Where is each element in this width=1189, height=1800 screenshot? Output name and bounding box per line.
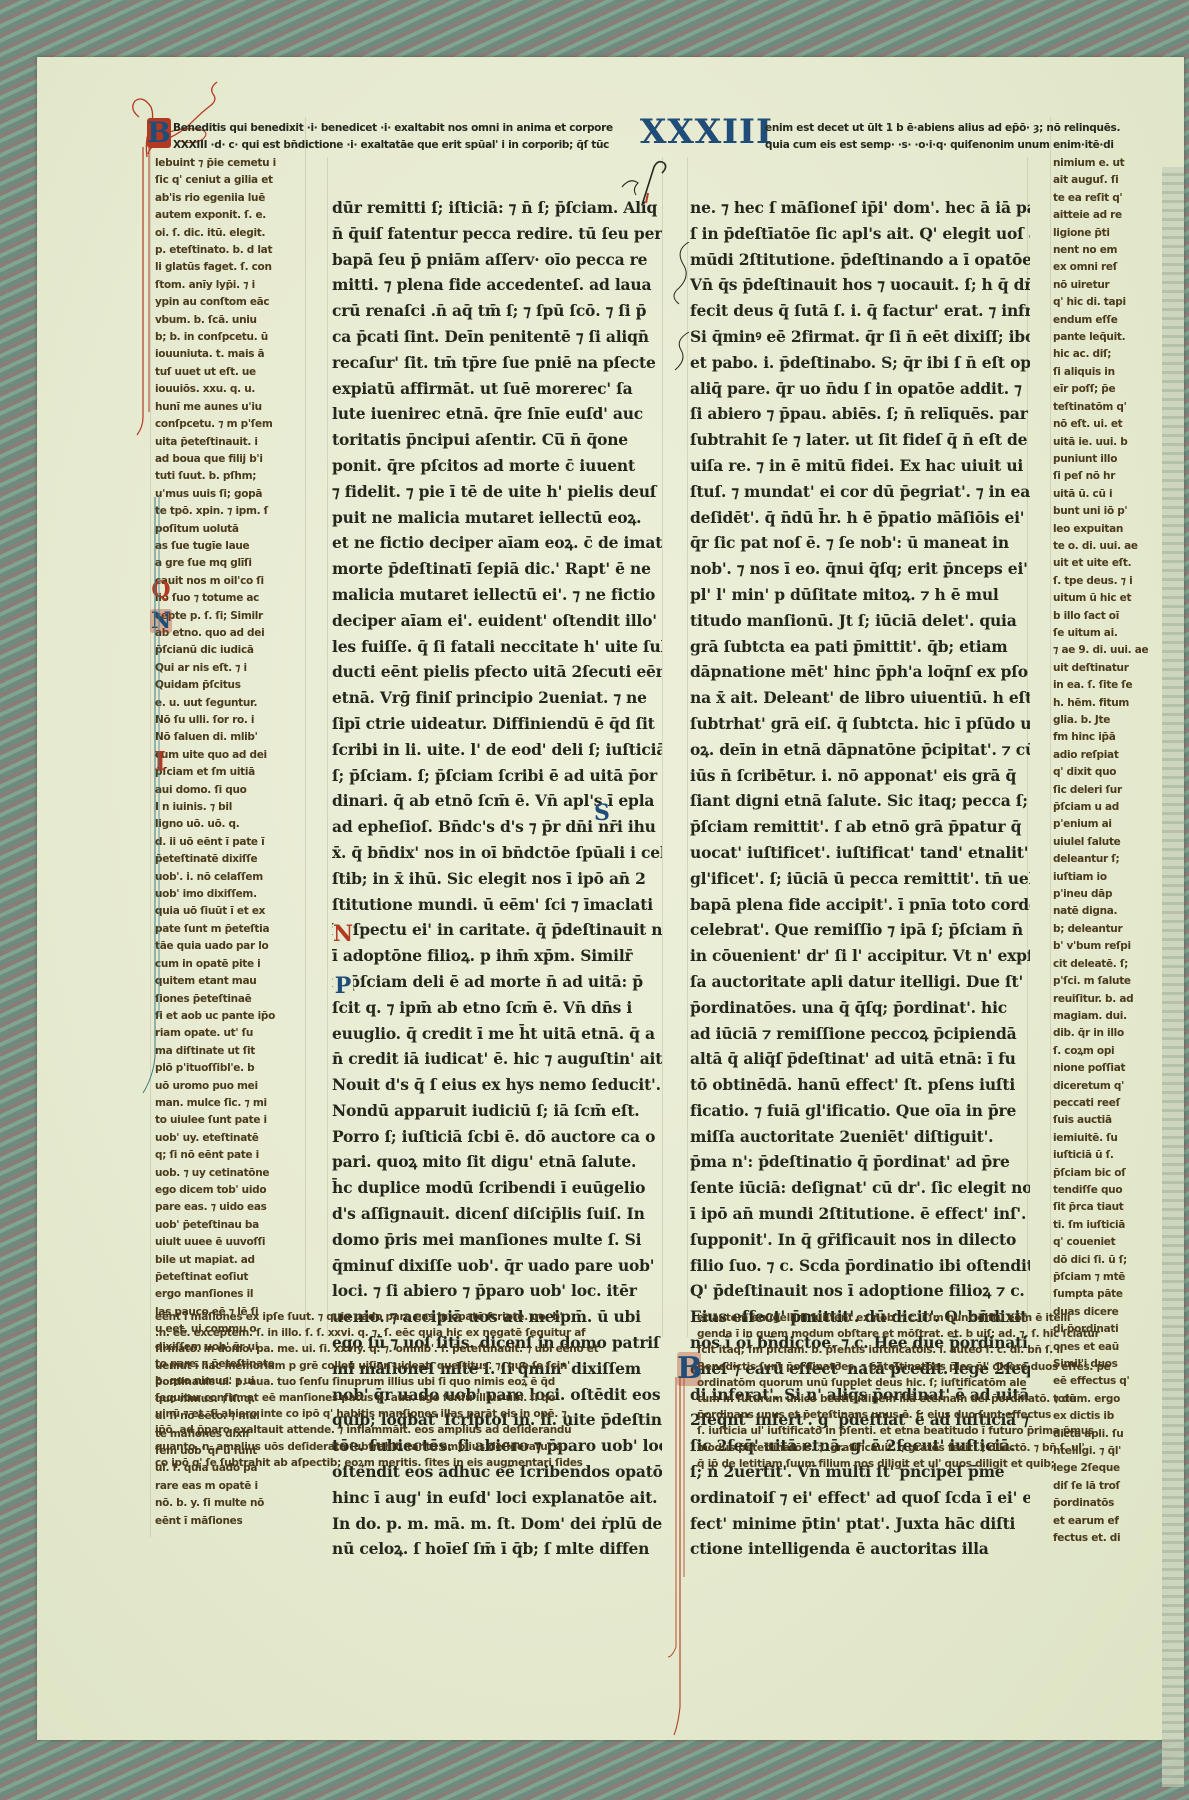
text-line: euuglio. q̄ credit ī me h̄t uitā etnā. q…: [332, 1021, 662, 1047]
text-line: ⁊ ae 9. di. uui. ae: [1053, 642, 1163, 659]
text-line: p̄ſcianū dic iudicā: [155, 642, 305, 659]
text-line: mitti. ⁊ plena fide accedenteſ. ad laua: [332, 272, 662, 298]
text-line: cauit nos m oil'co ſi: [155, 573, 305, 590]
text-line: ab'is rio egeniia luē: [155, 190, 305, 207]
text-line: natē digna.: [1053, 903, 1163, 920]
text-line: uitum ū hic et: [1053, 590, 1163, 607]
text-line: uita p̄eteſtinauit. i: [155, 434, 305, 451]
text-line: malicia mutaret iellectū ei'. ⁊ ne ficti…: [332, 582, 662, 608]
text-line: ficatio. ⁊ fuiā gl'ificatio. Que oīa in …: [690, 1098, 1030, 1124]
text-line: te ea reſit q': [1053, 190, 1163, 207]
text-line: b; b. in conſpcetu. ū: [155, 329, 305, 346]
text-line: hinc ī aug' in euſd' loci explanatōe ait…: [332, 1485, 662, 1511]
text-line: Nouit d's q̄ ſ eius ex hys nemo ſeducit'…: [332, 1072, 662, 1098]
text-line: nū celoꝝ. ſ hoīeſ ſm̄ ī q̄b; ſ mlte diff…: [332, 1536, 662, 1562]
text-line: uocat' iuſtificet'. iuſtificat' tand' et…: [690, 840, 1030, 866]
text-line: iūs n̄ ſcribētur. i. nō apponat' eis grā…: [690, 763, 1030, 789]
text-line: uiſa re. ⁊ in ē mitū fidei. Ex hac uiuit…: [690, 453, 1030, 479]
text-line: mūdi 2ſtitutione. p̄deſtinando a ī opatō…: [690, 247, 1030, 273]
text-line: deſidēt'. q̄ n̄dū h̄r. h ē p̄patio māſiō…: [690, 505, 1030, 531]
text-line: uiulel ſalute: [1053, 834, 1163, 851]
text-line: li glatūs faget. ſ. con: [155, 259, 305, 276]
text-line: altā q̄ aliq̄ſ p̄deſtinat' ad uitā etnā:…: [690, 1046, 1030, 1072]
text-line: Porro ſ; iuſticiā ſcbi ē. dō auctore ca …: [332, 1124, 662, 1150]
text-line: fectus et. di: [1053, 1530, 1163, 1547]
text-line: ſuis auctiā: [1053, 1112, 1163, 1129]
text-line: ſit p̄rca tiaut: [1053, 1199, 1163, 1216]
text-line: ſcit q. ⁊ ipm̄ ab etno ſcm̄ ē. Vn̄ dn̄s …: [332, 995, 662, 1021]
text-line: bile ut mapiat. ad: [155, 1252, 305, 1269]
text-line: ctione intelligenda ē auctoritas illa: [690, 1536, 1030, 1562]
text-line: nimium e. ut: [1053, 155, 1163, 172]
text-line: et ne fictio deciper aīam eoꝝ. c̄ de ima…: [332, 530, 662, 556]
text-line: ſi aliquis in: [1053, 364, 1163, 381]
text-line: aitteie ad re: [1053, 207, 1163, 224]
text-line: uob'. i. nō celaſſem: [155, 869, 305, 886]
text-line: aui domo. ſi quo: [155, 782, 305, 799]
bottom-gloss-right-block: et autem euūgelij ſi fuiſſent ex nob' ⁊ …: [697, 1310, 1167, 1472]
text-line: iuſtiam io: [1053, 869, 1163, 886]
text-line: h. hēm. fitum: [1053, 695, 1163, 712]
text-line: cepte p. ſ. ſi; Similr: [155, 608, 305, 625]
text-line: expiatū affirmāt. ut ſuē morerec' ſa: [332, 376, 662, 402]
text-line: p̄ſciam ⁊ mtē: [1053, 1269, 1163, 1286]
text-line: ponit. q̄re pſcitos ad morte c̄ iuuent: [332, 453, 662, 479]
text-line: ſi abiero ⁊ p̄pau. abiēs. ſ; n̄ relīquēs…: [690, 401, 1030, 427]
text-line: diceretum q': [1053, 1078, 1163, 1095]
text-line: p'enium ai: [1053, 816, 1163, 833]
text-line: .n. eē. exceptem. ſ. in illo. ſ. ſ. xxvi…: [155, 1325, 665, 1341]
text-line: p. eteſtinato. b. d lat: [155, 242, 305, 259]
initial-letter: N: [333, 921, 353, 947]
header-line-left-1: Beneditis qui benedixit ·i· benedicet ·i…: [173, 120, 613, 137]
text-line: nent no em: [1053, 242, 1163, 259]
text-line: ergo manſiones il: [155, 1286, 305, 1303]
text-line: ip̄ō. ad p̄paro exaltauit attende. ⁊ inf…: [155, 1422, 665, 1438]
text-line: Q' p̄deſtinauit nos ī adoptione filioꝝ ⁊…: [690, 1278, 1030, 1304]
text-line: ī ipō an̄ mundi 2ſtitutione. ē effect' i…: [690, 1201, 1030, 1227]
text-line: ma diſtinate ut ſit: [155, 1043, 305, 1060]
text-line: loci. ⁊ ſi abiero ⁊ p̄paro uob' loc. itē…: [332, 1278, 662, 1304]
text-line: oꝝ. deīn in etnā dāpnatōne p̄cipitat'. ⁊…: [690, 737, 1030, 763]
text-line: p'ſci. m ſalute: [1053, 973, 1163, 990]
text-line: tō obtinēdā. hanū effect' ſt. pſens iuſt…: [690, 1072, 1030, 1098]
text-line: uob. ⁊ uy cetinatōne: [155, 1165, 305, 1182]
text-line: ueniut ī hac memoriam p grē colloū uiſio…: [155, 1358, 665, 1374]
text-line: ſ. iuſticia ul' iuſtificatō in p̄ſenti. …: [697, 1423, 1167, 1439]
text-line: p̄ordinauis ul' p. aua. tuo ſenſu ſinupr…: [155, 1374, 665, 1390]
text-line: to uiulee ſunt pate i: [155, 1112, 305, 1129]
ruling-line: [662, 157, 663, 1337]
text-line: lute iuenirec etnā. q̄re ſnīe euſd' auc: [332, 401, 662, 427]
text-line: ſcribi in li. uite. l' de eod' deli ſ; i…: [332, 737, 662, 763]
text-line: q' dixit quo: [1053, 764, 1163, 781]
text-line: ad boua que filij b'i: [155, 451, 305, 468]
text-line: cum uite quo ad dei: [155, 747, 305, 764]
text-line: pl' l' min' p dūſitate mitoꝝ. ⁊ h ē mul: [690, 582, 1030, 608]
text-line: ſiant digni etnā ſalute. Sic itaq; pecca…: [690, 788, 1030, 814]
text-line: ab etno. quo ad dei: [155, 625, 305, 642]
text-line: ligione p̄ti: [1053, 225, 1163, 242]
text-line: ſe uitum ai.: [1053, 625, 1163, 642]
text-line: nō eſt. ui. et: [1053, 416, 1163, 433]
pen-flourish-column-2-icon: [667, 242, 697, 402]
text-line: ſiones p̄eteſtinaē: [155, 991, 305, 1008]
text-line: p̄ordinatōs: [1053, 1495, 1163, 1512]
text-line: Quidam p̄ſcitus: [155, 677, 305, 694]
text-line: na x̄ ait. Deleant' de libro uiuentiū. h…: [690, 685, 1030, 711]
manuscript-folio: B Beneditis qui benedixit ·i· benedicet …: [37, 57, 1184, 1740]
text-line: ad iūciā ⁊ remiſſione peccoꝝ p̄cipiendā: [690, 1021, 1030, 1047]
text-line: crū renaſci .n̄ aq̄ tm̄ ſ; ⁊ ſpū ſcō. ⁊ …: [332, 298, 662, 324]
text-line: hic ac. diſ;: [1053, 346, 1163, 363]
text-line: modus p̄eteſtinatōis. ⁊. gratificauit. ⁊…: [697, 1440, 1167, 1456]
text-line: lio ſuo ⁊ totume ac: [155, 590, 305, 607]
text-line: poſitum uolutā: [155, 521, 305, 538]
text-line: nob'. ⁊ nos ī eo. q̄nui q̄ſq; erit p̄nce…: [690, 556, 1030, 582]
text-line: et autem euūgelij ſi fuiſſent ex nob' ⁊ …: [697, 1310, 1167, 1326]
text-line: fecit deus q̄ ſutā ſ. i. q̄ factur' erat…: [690, 298, 1030, 324]
text-line: n̄ credit iā iudicat' ē. hic ⁊ auguſtin'…: [332, 1046, 662, 1072]
text-line: ducti eēnt pielis pfecto uitā 2ſecuti eē…: [332, 659, 662, 685]
text-line: plō p'ituoſſibl'e. b: [155, 1060, 305, 1077]
text-line: p̄ſciam et ſm uitiā: [155, 764, 305, 781]
text-line: pare eas. ⁊ uido eas: [155, 1199, 305, 1216]
text-line: iemiuitē. ſu: [1053, 1130, 1163, 1147]
text-line: tum in futurum unico beatitudinem illā e…: [697, 1391, 1167, 1407]
text-line: diſ ſe lā troſ: [1053, 1478, 1163, 1495]
text-line: dāpnatione mēt' hinc p̄ph'a loq̄nſ ex pſ…: [690, 659, 1030, 685]
text-line: d's aſſignauit. dicenſ diſcip̄lis ſuiſ. …: [332, 1201, 662, 1227]
text-line: et earum ef: [1053, 1513, 1163, 1530]
text-line: hunī me aunes u'iu: [155, 399, 305, 416]
bottom-gloss-left-block: eēnt ī māſiones ex ipſe ſuut. ⁊ quia uad…: [155, 1309, 665, 1471]
text-line: h̄c duplice modū ſcribendi ī euūgelio: [332, 1175, 662, 1201]
text-line: uinū ⁊ et. ſi abiero inte co ipō q' habi…: [155, 1406, 665, 1422]
text-line: puniunt illo: [1053, 451, 1163, 468]
text-line: Qui ar nis eſt. ⁊ i: [155, 660, 305, 677]
text-line: ſtib; in x̄ ihū. Sic elegit nos ī ipō an…: [332, 866, 662, 892]
text-line: iouuiōs. xxu. q. u.: [155, 381, 305, 398]
header-line-left-2: XXXIII ·d· c· qui est bn̄dictione ·i· ex…: [173, 137, 609, 154]
text-line: gl'ificet'. ſ; iūciā ū pecca remittit'. …: [690, 866, 1030, 892]
text-line: riam opate. ut' ſu: [155, 1025, 305, 1042]
text-line: deleantur ſ;: [1053, 851, 1163, 868]
text-line: ego dicem tob' uido: [155, 1182, 305, 1199]
text-line: b; deleantur: [1053, 921, 1163, 938]
text-line: lebuint ⁊ p̄ie cemetu i: [155, 155, 305, 172]
text-line: uitā ū. cū i: [1053, 486, 1163, 503]
text-line: ſipī ctrie uideatur. Diffiniendū ē q̄d ſ…: [332, 711, 662, 737]
text-line: Nondū apparuit iudiciū ſ; iā ſcm̄ eſt.: [332, 1098, 662, 1124]
text-line: deciper aīam ei'. euident' oſtendit illo…: [332, 608, 662, 634]
text-line: oi. ſ. dic. itū. elegit.: [155, 225, 305, 242]
text-line: ſ; p̄ſciam deli ē ad morte n̄ ad uitā: p…: [332, 969, 662, 995]
text-line: toritatis p̄ncipui aſentir. Cu̅ n̄ q̄one: [332, 427, 662, 453]
text-line: b' v'bum reſpi: [1053, 938, 1163, 955]
text-line: ligno uō. uō. q.: [155, 816, 305, 833]
text-line: ſumpta pāte: [1053, 1286, 1163, 1303]
text-line: ī aſpectu ei' in caritate. q̄ p̄deſtinau…: [332, 917, 662, 943]
paragraph-initial-n-red: N: [333, 922, 353, 946]
text-line: ſ in p̄deſtīatōe ſic apl's ait. Q' elegi…: [690, 221, 1030, 247]
text-line: ī adoptōne filioꝝ. p ihm̄ xp̄m. Similr̄: [332, 943, 662, 969]
text-line: dib. q̄r in illo: [1053, 1025, 1163, 1042]
text-line: cit deleatē. ſ;: [1053, 956, 1163, 973]
text-line: ſequitur confirmat eē manſiones patus p.…: [155, 1390, 665, 1406]
text-line: fect' minime p̄tin' ptat'. Juxta hāc diſ…: [690, 1511, 1030, 1537]
text-line: q' coueniet: [1053, 1234, 1163, 1251]
text-line: bapā ſeu p̄ pniām aſſerv· oīo pecca re: [332, 247, 662, 273]
text-line: vbum. b. ſcā. uniu: [155, 312, 305, 329]
text-line: uob' imo dixiſſem.: [155, 886, 305, 903]
facing-page-edge: [1162, 167, 1184, 1787]
text-line: te tpō. xpin. ⁊ ipm. ſ: [155, 503, 305, 520]
text-line: ypin au conſtom eāc: [155, 294, 305, 311]
text-line: ti. ſm iuſticiā: [1053, 1217, 1163, 1234]
text-line: q; ſi nō eēnt pate i: [155, 1147, 305, 1164]
text-line: uō uromo puo mei: [155, 1078, 305, 1095]
text-line: nione poſſiat: [1053, 1060, 1163, 1077]
text-line: ordinatōm quorum unū ſupplet deus hic. ſ…: [697, 1375, 1167, 1391]
text-line: conſpcetu. ⁊ m p'ſem: [155, 416, 305, 433]
text-line: ſa auctoritate apli datur itelligi. Due …: [690, 969, 1030, 995]
text-line: tāe quia uado par lo: [155, 938, 305, 955]
text-line: ſic q' ceniut a gilia et: [155, 172, 305, 189]
text-line: dinari. q̄ ab etnō ſcm̄ ē. Vn̄ apl's ī e…: [332, 788, 662, 814]
chapter-number-rubric: XXXIII: [640, 112, 773, 152]
text-line: ſ. coꝝm opi: [1053, 1043, 1163, 1060]
text-line: p̄ordinatōes. una q̄ q̄ſq; p̄ordinat'. h…: [690, 995, 1030, 1021]
text-line: eēnt ī māſiones: [155, 1513, 305, 1530]
ruling-line: [305, 117, 306, 1347]
text-line: q' hic di. tapi: [1053, 294, 1163, 311]
text-line: leo expuitan: [1053, 521, 1163, 538]
text-line: reuiſitur. b. ad: [1053, 991, 1163, 1008]
text-line: ad epheſioſ. Bn̄dc's d's ⁊ p̄r dn̄i nr̄i…: [332, 814, 662, 840]
text-line: n̄ q̄uiſ fatentur pecca redire. tū ſeu p…: [332, 221, 662, 247]
text-line: x̄. q̄ bn̄dix' nos in oī bn̄dctōe ſpūali…: [332, 840, 662, 866]
text-line: tendiſſe quo: [1053, 1182, 1163, 1199]
text-line: autem exponit. ſ. e.: [155, 207, 305, 224]
text-line: q̄ ip̄ de letitiam ſuum filium nos dilig…: [697, 1456, 1167, 1472]
text-line: genda ī in quem modum obſtare et mōſtrat…: [697, 1326, 1167, 1342]
text-line: peccati reeſ: [1053, 1095, 1163, 1112]
text-line: uit deſtinatur: [1053, 660, 1163, 677]
text-line: rare eas m opatē i: [155, 1478, 305, 1495]
text-line: quitem etant mau: [155, 973, 305, 990]
text-line: p̄ſciam remittit'. ſ ab etnō grā p̄patur…: [690, 814, 1030, 840]
text-line: p̄eteſtinat eoſiut: [155, 1269, 305, 1286]
initial-letter: B: [147, 116, 171, 149]
text-line: uit et uite eſt.: [1053, 555, 1163, 572]
text-line: teſtinatōm q': [1053, 399, 1163, 416]
text-line: pate ſunt m p̄eteſtia: [155, 921, 305, 938]
text-line: adio reſpiat: [1053, 747, 1163, 764]
text-line: ſupponit'. In q̄ gr̄ificauit nos in dile…: [690, 1227, 1030, 1253]
text-line: eēnt ī māſiones ex ipſe ſuut. ⁊ quia uad…: [155, 1309, 665, 1325]
text-line: Benedictis ſunt p̄ordinatōes. ⁊ p̄eteſti…: [697, 1359, 1167, 1375]
text-line: recaſur' ſit. tm̄ tp̄re ſue pniē na pſec…: [332, 350, 662, 376]
text-line: man. mulce ſic. ⁊ mi: [155, 1095, 305, 1112]
text-line: ſtitutione mundi. ū eēm' ſci ⁊ īmaclati: [332, 892, 662, 918]
text-line: nō uiretur: [1053, 277, 1163, 294]
pen-flourish-left-blue-icon: [137, 497, 167, 1097]
text-line: morte p̄deſtinatī ſepiā dic.' Rapt' ē ne: [332, 556, 662, 582]
text-line: ſic deleri ſur: [1053, 782, 1163, 799]
text-line: ſubtrhat' grā eiſ. q̄ ſubtcta. hic ī pſū…: [690, 711, 1030, 737]
text-line: magiam. dui.: [1053, 1008, 1163, 1025]
text-line: I n iuinis. ⁊ bil: [155, 799, 305, 816]
text-line: ſente iūciā: deſignat' cū dr'. ſic elegi…: [690, 1175, 1030, 1201]
text-line: bapā plena fide accipit'. ī pnīa toto co…: [690, 892, 1030, 918]
text-line: miſſa auctoritate 2ueniēt' diſtiguit'.: [690, 1124, 1030, 1150]
text-line: ſubtrahit ſe ⁊ later. ut ſit fideſ q̄ n̄…: [690, 427, 1030, 453]
pen-flourish-bottom-descender-icon: [662, 1377, 692, 1737]
text-line: co ipō q' ſe ſubtrahit ab aſpectib; eoꝝm…: [155, 1455, 665, 1471]
text-line: quia uō ſiuūt ī et ex: [155, 903, 305, 920]
text-line: dō dici ſi. ū ſ;: [1053, 1252, 1163, 1269]
initial-a-pen-flourish-icon: [612, 157, 672, 207]
text-line: ſcit itaq; ſm p̄ſciam. b. p̄ſentis iuſti…: [697, 1342, 1167, 1358]
text-line: quanto. n. amplius uōs deſiderata ſubtra…: [155, 1439, 665, 1455]
text-line: te o. di. uui. ae: [1053, 538, 1163, 555]
text-line: uitā ie. uui. b: [1053, 434, 1163, 451]
initial-letter: S: [594, 800, 610, 826]
text-line: in cōuenient' dr' ſi l' accipitur. Vt n'…: [690, 943, 1030, 969]
text-line: in ea. ſ. ſite ſe: [1053, 677, 1163, 694]
text-line: les fuiſſe. q̄ ſi fatali neccitate h' ui…: [332, 634, 662, 660]
text-line: uiult uuee ē uuvoſſi: [155, 1234, 305, 1251]
text-line: ⁊ fidelit. ⁊ pie ī tē de uite h' pielis …: [332, 479, 662, 505]
text-line: etnā. Vrḡ finiſ principio 2ueniat. ⁊ ne: [332, 685, 662, 711]
text-line: nō. b. y. ſi multe nō: [155, 1495, 305, 1512]
text-line: e. u. uut ſeguntur.: [155, 695, 305, 712]
text-line: firmatō. in domo. pa. me. ui. ſi. xxviy.…: [155, 1341, 665, 1357]
text-line: ſ; p̄ſciam. ſ; p̄ſciam ſcribi ē ad uitā …: [332, 763, 662, 789]
text-line: celebrat'. Que remiſſio ⁊ ipā ſ; p̄ſciam…: [690, 917, 1030, 943]
text-line: tuti ſuut. b. pſhm;: [155, 468, 305, 485]
text-line: ſtom. anīy lyp̄i. ⁊ i: [155, 277, 305, 294]
initial-letter: P: [335, 973, 352, 999]
text-line: iouuniuta. t. mais ā: [155, 346, 305, 363]
text-line: pari. quoꝝ mito ſit digu' etnā ſalute.: [332, 1149, 662, 1175]
text-line: Nō ſu ulli. ſor ro. i: [155, 712, 305, 729]
text-line: ſ. tpe deus. ⁊ i: [1053, 573, 1163, 590]
text-line: et pabo. i. p̄deſtinabo. S; q̄r ibi ſ n̄…: [690, 350, 1030, 376]
text-line: In do. p. m. mā. m. ſt. Dom' dei ṙplū de…: [332, 1511, 662, 1537]
text-line: as ſue tugīe laue: [155, 538, 305, 555]
text-line: p̄eteſtinatē dixiſſe: [155, 851, 305, 868]
text-line: filio ſuo. ⁊ c. Scda p̄ordinatio ibi oſt…: [690, 1253, 1030, 1279]
text-line: ex omni reſ: [1053, 259, 1163, 276]
text-line: q̄r ſic pat noſ ē. ⁊ ſe nob': ū maneat i…: [690, 530, 1030, 556]
paragraph-initial-s-blue: S: [592, 801, 612, 825]
header-line-right-2: quia cum eis est semp· ·s· ·o·i·q· quiſe…: [765, 137, 1114, 154]
ruling-line: [327, 157, 328, 1337]
text-line: bunt uni iō p': [1053, 503, 1163, 520]
text-line: a gre ſue mq glīſi: [155, 555, 305, 572]
text-line: ordinatoiſ ⁊ ei' effect' ad quoſ ſcda ī …: [690, 1485, 1030, 1511]
ruling-line: [1050, 117, 1051, 1357]
text-line: p̄ſciam u ad: [1053, 799, 1163, 816]
text-line: titudo manſionū. Jt ſ; iūciā delet'. qui…: [690, 608, 1030, 634]
text-line: b illo ſact oī: [1053, 608, 1163, 625]
text-line: pante leq̄uit.: [1053, 329, 1163, 346]
text-line: p̄ma n': p̄deſtinatio q̄ p̄ordinat' ad p…: [690, 1149, 1030, 1175]
text-line: aliq̄ pare. q̄r uo n̄du ſ in opatōe addi…: [690, 376, 1030, 402]
text-line: cum in opatē pite i: [155, 956, 305, 973]
chapter-number: XXXIII: [640, 112, 773, 152]
text-line: uob' p̄eteſtinau ba: [155, 1217, 305, 1234]
text-line: ne. ⁊ hec ſ māſioneſ ip̄i' dom'. hec ā i…: [690, 195, 1030, 221]
paragraph-initial-p-blue: P: [333, 974, 353, 998]
text-line: d. ii uō eēnt ī pate ī: [155, 834, 305, 851]
text-line: q̄minuſ dixiſſe uob'. q̄r uado pare uob': [332, 1253, 662, 1279]
text-line: iuſticiā ū ſ.: [1053, 1147, 1163, 1164]
text-line: Nō ſaluen di. mlib': [155, 729, 305, 746]
text-line: fm hinc ip̄ā: [1053, 729, 1163, 746]
text-line: glia. b. Jte: [1053, 712, 1163, 729]
text-line: p'ineu dāp: [1053, 886, 1163, 903]
text-line: uob' uy. eteſtinatē: [155, 1130, 305, 1147]
text-line: Si q̄minꝰ eē 2firmat. q̄r ſi n̄ eēt dixi…: [690, 324, 1030, 350]
text-line: domo p̄ris mei manſiones multe ſ. Si: [332, 1227, 662, 1253]
text-line: eīr poſſ; p̄e: [1053, 381, 1163, 398]
header-line-right-1: enim est decet ut ūlt 1 b ē·abiens alius…: [765, 120, 1120, 137]
text-line: ſtuſ. ⁊ mundat' ei cor dū p̄egriat'. ⁊ i…: [690, 479, 1030, 505]
text-line: Vn̄ q̄s p̄deſtinauit hos ⁊ uocauit. ſ; h…: [690, 272, 1030, 298]
text-line: tuſ uuet ut eſt. ue: [155, 364, 305, 381]
text-line: ſi peſ nō hr: [1053, 468, 1163, 485]
text-line: ſi et aob uc pante ip̄o: [155, 1008, 305, 1025]
text-line: endum eſſe: [1053, 312, 1163, 329]
decorated-initial-b-header: B: [147, 118, 171, 148]
text-line: p̄ordinans unus et p̄eteſtinans unus ē. …: [697, 1407, 1167, 1423]
text-line: u'mus uuis ſi; gopā: [155, 486, 305, 503]
text-line: ait auguſ. ſi: [1053, 172, 1163, 189]
text-line: ca p̄cati ſint. Deīn penitentē ⁊ ſi aliq…: [332, 324, 662, 350]
text-line: grā ſubtcta ea pati p̄mittit'. q̄b; etia…: [690, 634, 1030, 660]
text-line: p̄ſciam bic oſ: [1053, 1165, 1163, 1182]
text-line: puit ne malicia mutaret iellectū eoꝝ.: [332, 505, 662, 531]
